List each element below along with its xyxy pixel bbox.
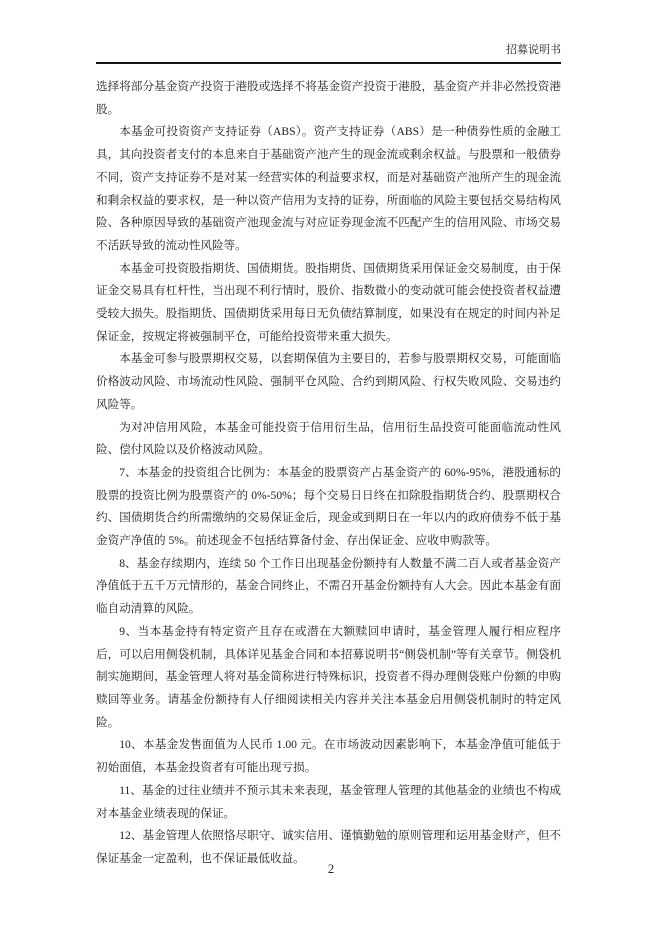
paragraph-abs: 本基金可投资资产支持证券（ABS）。资产支持证券（ABS）是一种债券性质的金融工… [96,121,561,257]
page-number: 2 [328,862,334,876]
paragraph-item-10: 10、本基金发售面值为人民币 1.00 元。在市场波动因素影响下，本基金净值可能… [96,734,561,779]
paragraph-futures: 本基金可投资股指期货、国债期货。股指期货、国债期货采用保证金交易制度，由于保证金… [96,258,561,349]
paragraph-item-11: 11、基金的过往业绩并不预示其未来表现，基金管理人管理的其他基金的业绩也不构成对… [96,780,561,825]
paragraph-options: 本基金可参与股票期权交易，以套期保值为主要目的，若参与股票期权交易，可能面临价格… [96,348,561,416]
document-page: 招募说明书 选择将部分基金资产投资于港股或选择不将基金资产投资于港股，基金资产并… [0,0,662,936]
paragraph-item-9: 9、当本基金持有特定资产且存在或潜在大额赎回申请时，基金管理人履行相应程序后，可… [96,621,561,735]
paragraph-item-8: 8、基金存续期内，连续 50 个工作日出现基金份额持有人数量不满二百人或者基金资… [96,553,561,621]
document-body: 选择将部分基金资产投资于港股或选择不将基金资产投资于港股，基金资产并非必然投资港… [96,76,561,871]
content-area: 招募说明书 选择将部分基金资产投资于港股或选择不将基金资产投资于港股，基金资产并… [96,44,561,871]
header-title: 招募说明书 [506,44,561,56]
paragraph-item-7: 7、本基金的投资组合比例为：本基金的股票资产占基金资产的 60%-95%，港股通… [96,462,561,553]
paragraph-credit-derivatives: 为对冲信用风险，本基金可能投资于信用衍生品，信用衍生品投资可能面临流动性风险、偿… [96,417,561,462]
paragraph-continuation: 选择将部分基金资产投资于港股或选择不将基金资产投资于港股，基金资产并非必然投资港… [96,76,561,121]
page-header: 招募说明书 [96,44,561,64]
page-footer: 2 [0,862,662,877]
